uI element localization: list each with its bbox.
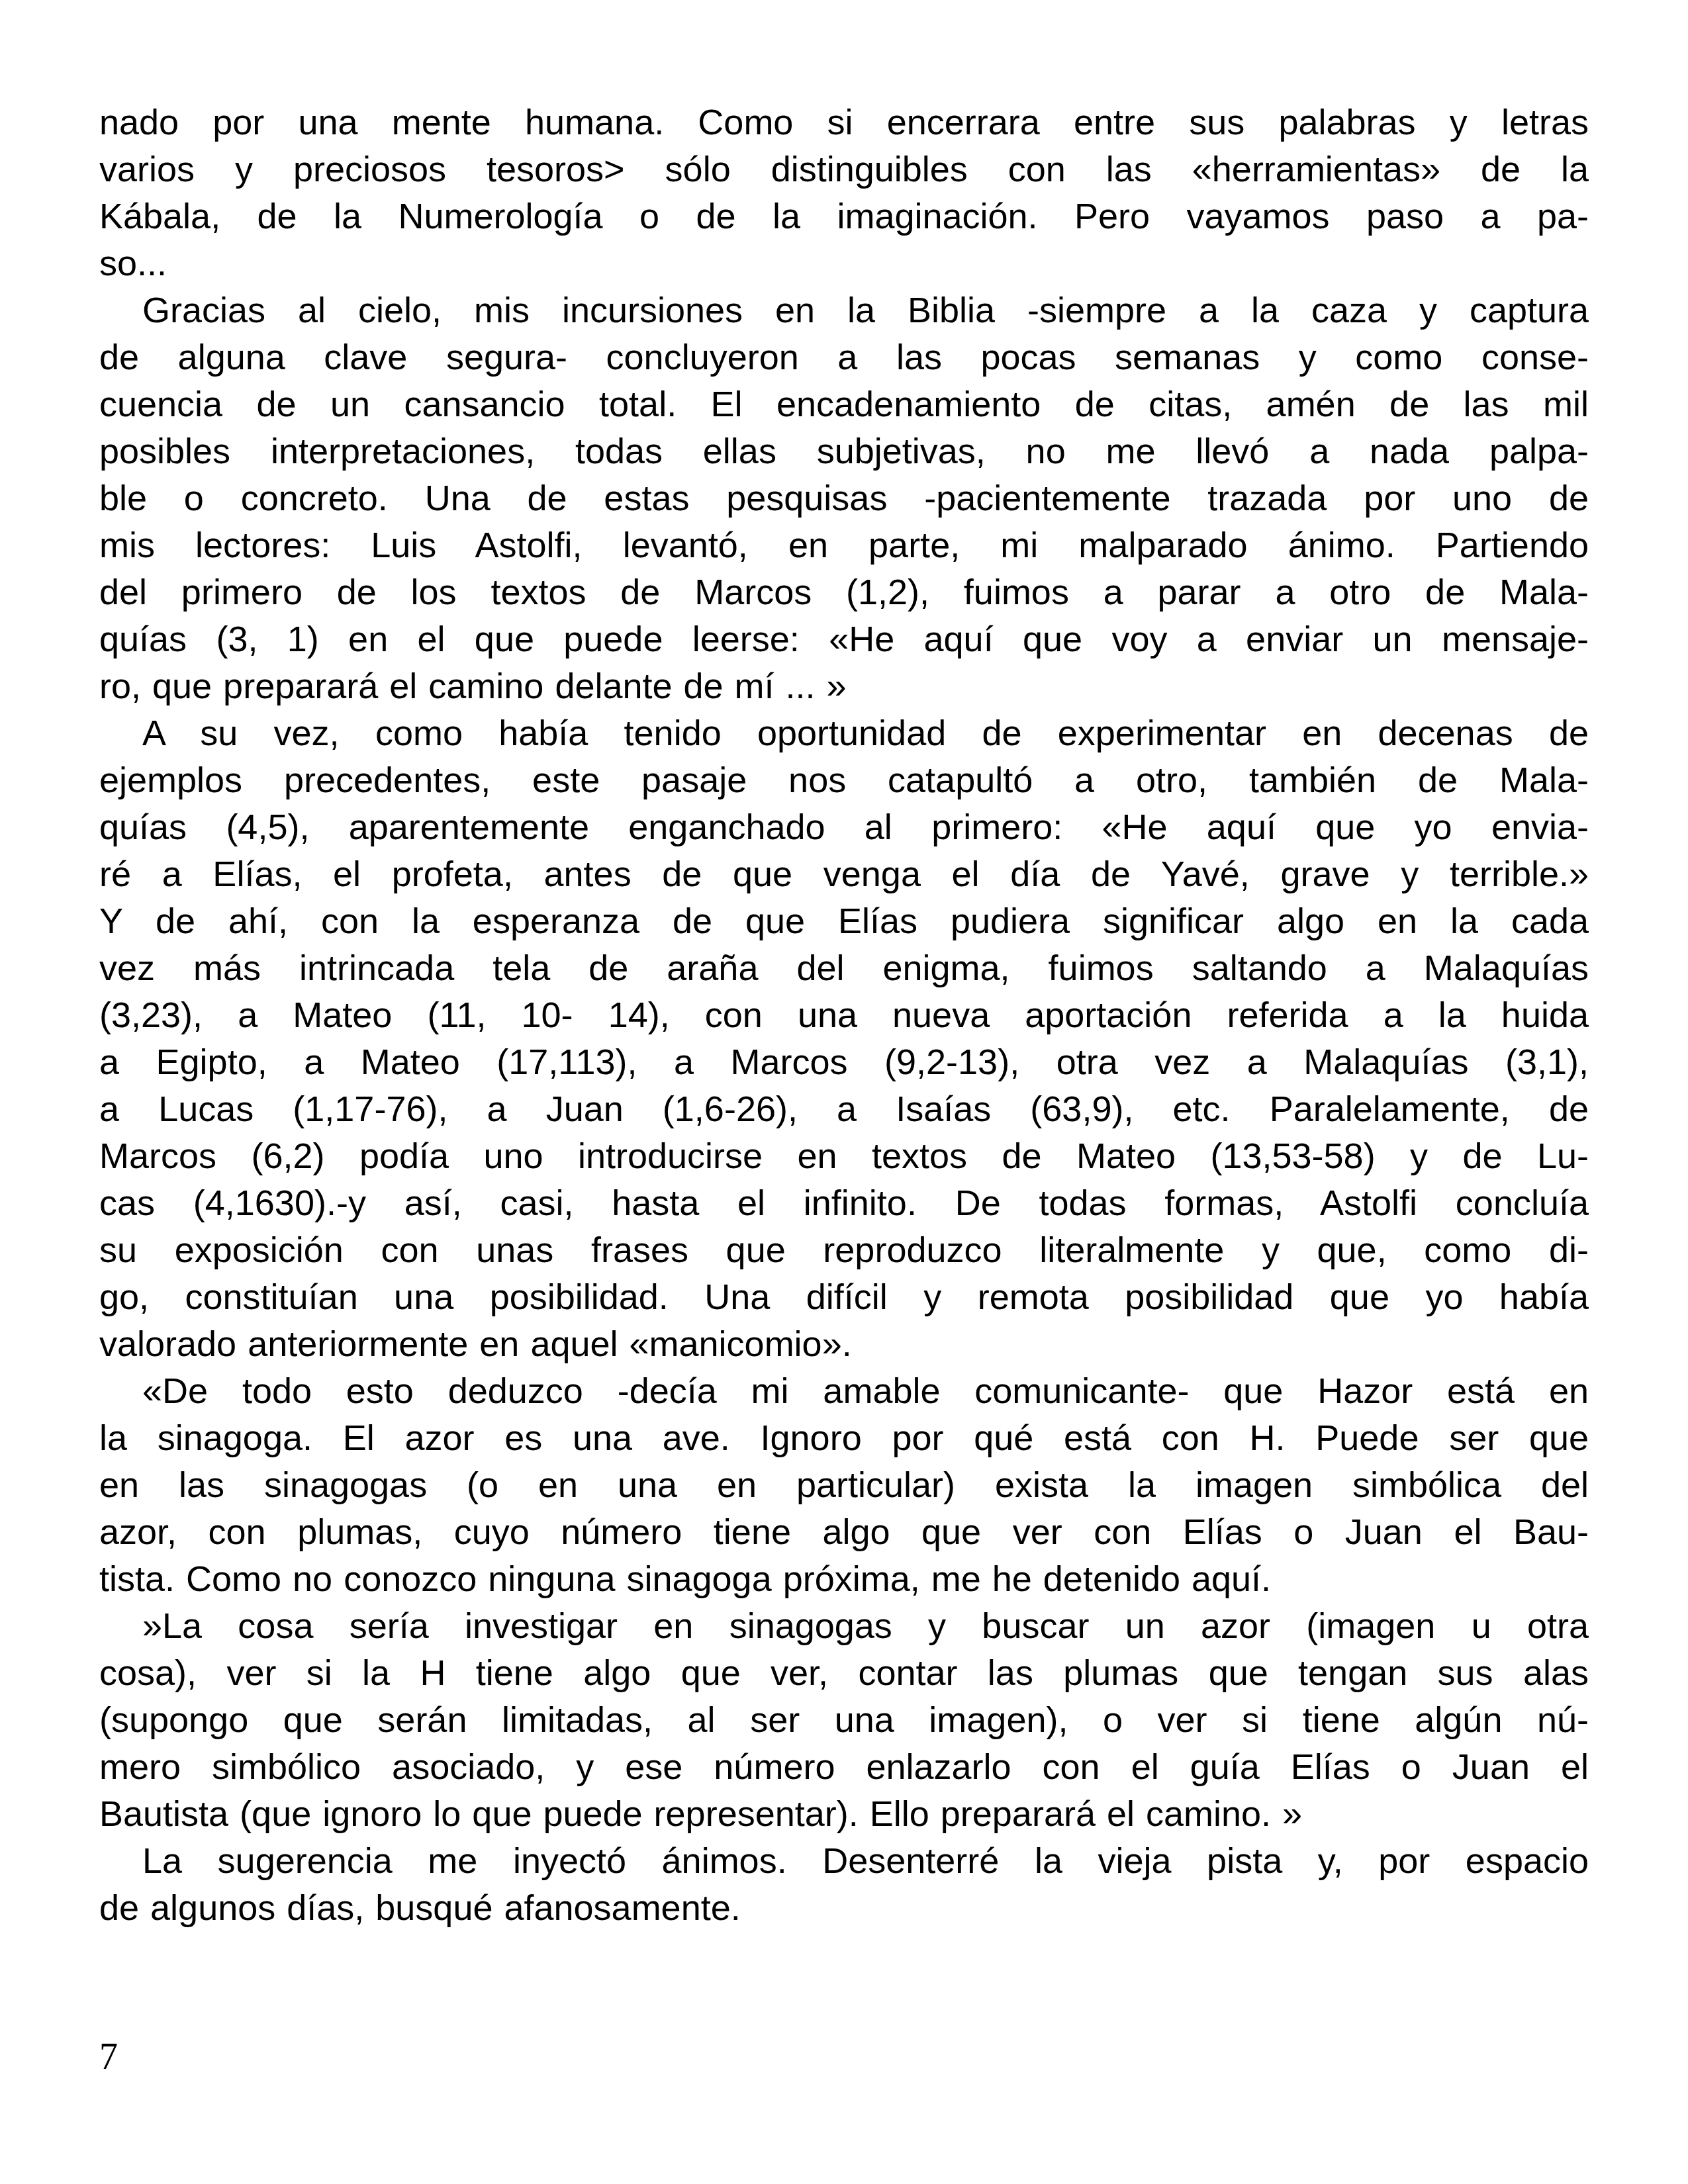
text-line: valorado anteriormente en aquel «manicom…	[99, 1321, 1589, 1368]
text-line: cosa), ver si la H tiene algo que ver, c…	[99, 1650, 1589, 1697]
text-line: ré a Elías, el profeta, antes de que ven…	[99, 851, 1589, 898]
text-line: azor, con plumas, cuyo número tiene algo…	[99, 1509, 1589, 1556]
text-line: go, constituían una posibilidad. Una dif…	[99, 1274, 1589, 1321]
text-line: Gracias al cielo, mis incursiones en la …	[99, 287, 1589, 334]
text-line: cas (4,1630).-y así, casi, hasta el infi…	[99, 1180, 1589, 1227]
text-line: de algunos días, busqué afanosamente.	[99, 1885, 1589, 1932]
paragraph: nado por una mente humana. Como si encer…	[99, 99, 1589, 287]
page-number: 7	[99, 2037, 118, 2077]
text-line: quías (3, 1) en el que puede leerse: «He…	[99, 616, 1589, 663]
body-text: nado por una mente humana. Como si encer…	[99, 99, 1589, 1932]
book-page: nado por una mente humana. Como si encer…	[0, 0, 1688, 2184]
text-line: so...	[99, 240, 1589, 287]
text-line: »La cosa sería investigar en sinagogas y…	[99, 1603, 1589, 1650]
text-line: varios y preciosos tesoros> sólo disting…	[99, 146, 1589, 193]
text-line: Bautista (que ignoro lo que puede repres…	[99, 1791, 1589, 1838]
paragraph: La sugerencia me inyectó ánimos. Desente…	[99, 1838, 1589, 1932]
text-line: su exposición con unas frases que reprod…	[99, 1227, 1589, 1274]
text-line: «De todo esto deduzco -decía mi amable c…	[99, 1368, 1589, 1415]
text-line: en las sinagogas (o en una en particular…	[99, 1462, 1589, 1509]
text-line: la sinagoga. El azor es una ave. Ignoro …	[99, 1415, 1589, 1462]
text-line: a Egipto, a Mateo (17,113), a Marcos (9,…	[99, 1039, 1589, 1086]
text-line: ro, que preparará el camino delante de m…	[99, 663, 1589, 710]
text-line: ble o concreto. Una de estas pesquisas -…	[99, 475, 1589, 522]
paragraph: Gracias al cielo, mis incursiones en la …	[99, 287, 1589, 710]
text-line: posibles interpretaciones, todas ellas s…	[99, 428, 1589, 475]
text-line: nado por una mente humana. Como si encer…	[99, 99, 1589, 146]
text-line: vez más intrincada tela de araña del eni…	[99, 945, 1589, 992]
text-line: a Lucas (1,17-76), a Juan (1,6-26), a Is…	[99, 1086, 1589, 1133]
text-line: de alguna clave segura- concluyeron a la…	[99, 334, 1589, 381]
text-line: tista. Como no conozco ninguna sinagoga …	[99, 1556, 1589, 1603]
text-line: Y de ahí, con la esperanza de que Elías …	[99, 898, 1589, 945]
text-line: mero simbólico asociado, y ese número en…	[99, 1744, 1589, 1791]
text-line: del primero de los textos de Marcos (1,2…	[99, 569, 1589, 616]
text-line: Kábala, de la Numerología o de la imagin…	[99, 193, 1589, 240]
text-line: mis lectores: Luis Astolfi, levantó, en …	[99, 522, 1589, 569]
text-line: cuencia de un cansancio total. El encade…	[99, 381, 1589, 428]
text-line: A su vez, como había tenido oportunidad …	[99, 710, 1589, 757]
text-line: Marcos (6,2) podía uno introducirse en t…	[99, 1133, 1589, 1180]
text-line: quías (4,5), aparentemente enganchado al…	[99, 804, 1589, 851]
paragraph: »La cosa sería investigar en sinagogas y…	[99, 1603, 1589, 1838]
paragraph: «De todo esto deduzco -decía mi amable c…	[99, 1368, 1589, 1603]
text-line: (supongo que serán limitadas, al ser una…	[99, 1697, 1589, 1744]
text-line: ejemplos precedentes, este pasaje nos ca…	[99, 757, 1589, 804]
text-line: La sugerencia me inyectó ánimos. Desente…	[99, 1838, 1589, 1885]
paragraph: A su vez, como había tenido oportunidad …	[99, 710, 1589, 1368]
text-line: (3,23), a Mateo (11, 10- 14), con una nu…	[99, 992, 1589, 1039]
